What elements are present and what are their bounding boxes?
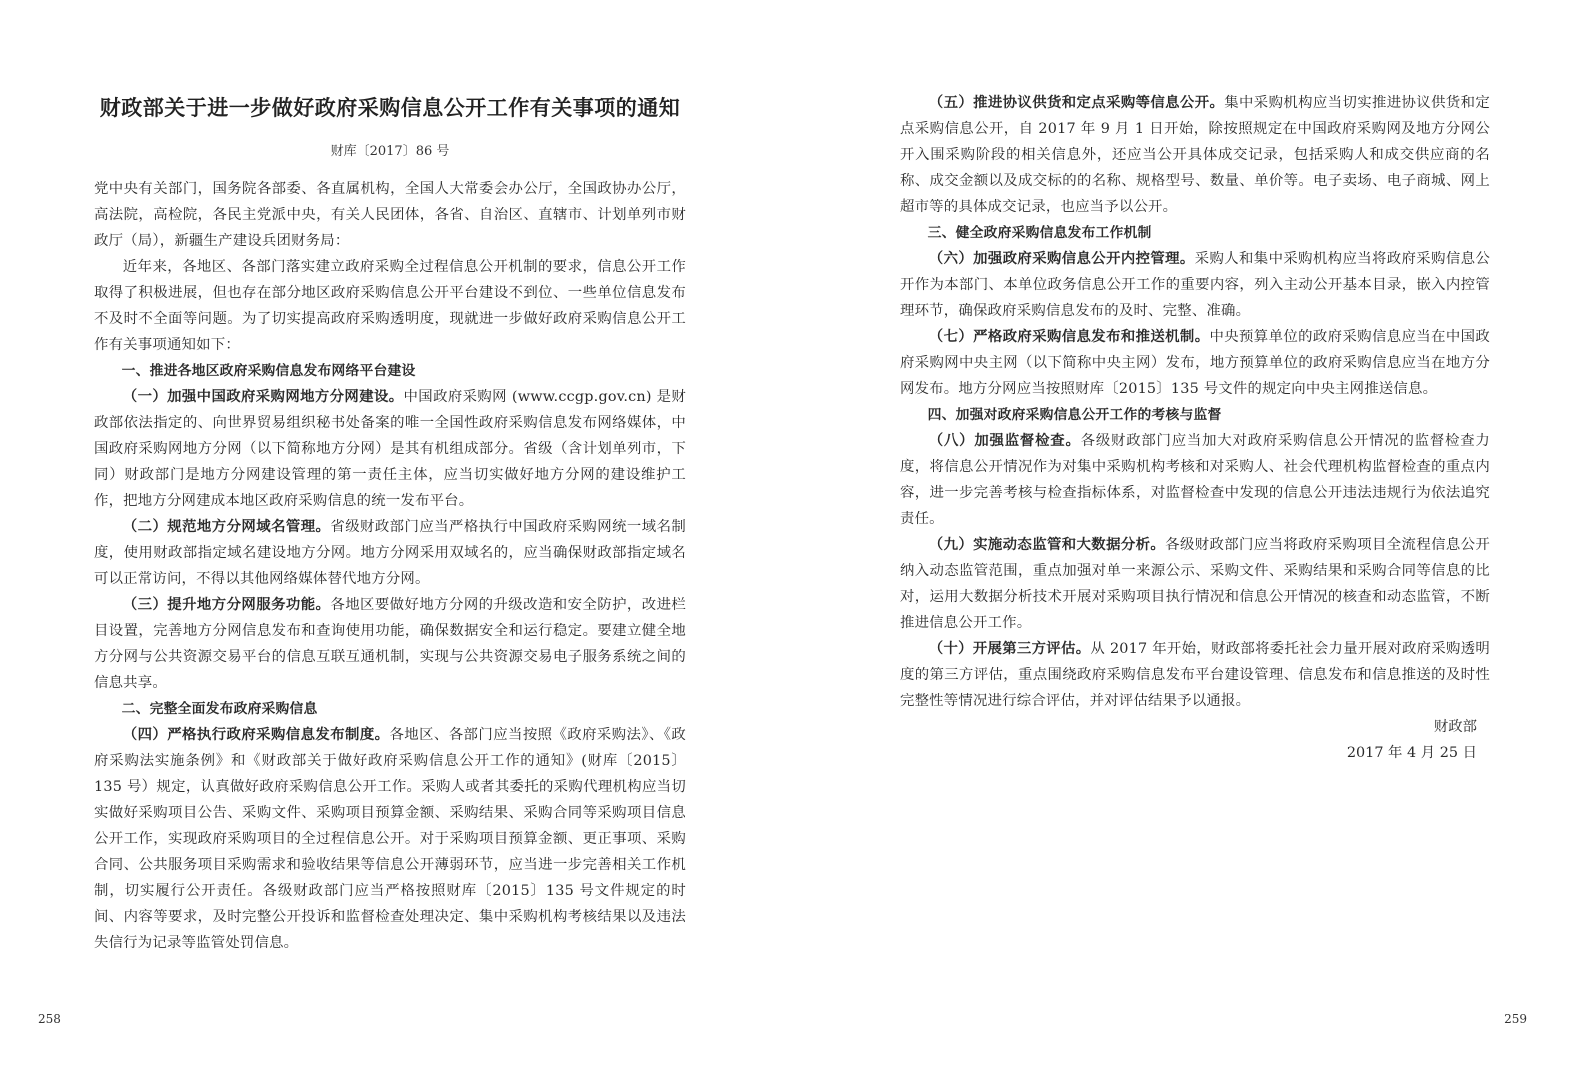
item-text: 中国政府采购网 (www.ccgp.gov.cn) 是财政部依法指定的、向世界贸… [94,389,686,509]
item-lead: （十）开展第三方评估。 [929,640,1091,657]
item-lead: （七）严格政府采购信息发布和推送机制。 [929,328,1210,345]
page-number-right: 259 [1504,1012,1527,1026]
item-lead: （九）实施动态监管和大数据分析。 [929,536,1165,553]
left-page-body: 党中央有关部门，国务院各部委、各直属机构，全国人大常委会办公厅，全国政协办公厅，… [94,176,686,956]
item-text: 各地区、各部门应当按照《政府采购法》、《政府采购法实施条例》和《财政部关于做好政… [94,727,686,951]
item-paragraph-7: （七）严格政府采购信息发布和推送机制。中央预算单位的政府采购信息应当在中国政府采… [900,324,1490,402]
right-page-body: （五）推进协议供货和定点采购等信息公开。集中采购机构应当切实推进协议供货和定点采… [900,90,1490,714]
item-text: 集中采购机构应当切实推进协议供货和定点采购信息公开，自 2017 年 9 月 1… [900,95,1490,215]
item-lead: （二）规范地方分网域名管理。 [123,518,331,535]
item-paragraph-10: （十）开展第三方评估。从 2017 年开始，财政部将委托社会力量开展对政府采购透… [900,636,1490,714]
section-heading-3: 三、健全政府采购信息发布工作机制 [900,220,1490,246]
addressees: 党中央有关部门，国务院各部委、各直属机构，全国人大常委会办公厅，全国政协办公厅，… [94,176,686,254]
item-lead: （四）严格执行政府采购信息发布制度。 [123,726,390,743]
item-lead: （一）加强中国政府采购网地方分网建设。 [123,388,404,405]
item-paragraph-6: （六）加强政府采购信息公开内控管理。采购人和集中采购机构应当将政府采购信息公开作… [900,246,1490,324]
section-heading-1: 一、推进各地区政府采购信息发布网络平台建设 [94,358,686,384]
item-paragraph-8: （八）加强监督检查。各级财政部门应当加大对政府采购信息公开情况的监督检查力度，将… [900,428,1490,532]
item-paragraph-4: （四）严格执行政府采购信息发布制度。各地区、各部门应当按照《政府采购法》、《政府… [94,722,686,956]
right-page: （五）推进协议供货和定点采购等信息公开。集中采购机构应当切实推进协议供货和定点采… [793,0,1587,1077]
left-page: 财政部关于进一步做好政府采购信息公开工作有关事项的通知 财库〔2017〕86 号… [0,0,793,1077]
item-lead: （八）加强监督检查。 [929,432,1081,449]
section-heading-2: 二、完整全面发布政府采购信息 [94,696,686,722]
item-lead: （六）加强政府采购信息公开内控管理。 [929,250,1195,267]
item-lead: （三）提升地方分网服务功能。 [123,596,331,613]
signature-organization: 财政部 [1434,714,1477,740]
section-heading-4: 四、加强对政府采购信息公开工作的考核与监督 [900,402,1490,428]
item-paragraph-1: （一）加强中国政府采购网地方分网建设。中国政府采购网 (www.ccgp.gov… [94,384,686,514]
signature-date: 2017 年 4 月 25 日 [1347,740,1477,766]
item-paragraph-9: （九）实施动态监管和大数据分析。各级财政部门应当将政府采购项目全流程信息公开纳入… [900,532,1490,636]
document-number: 财库〔2017〕86 号 [94,140,686,159]
item-lead: （五）推进协议供货和定点采购等信息公开。 [929,94,1224,111]
item-paragraph-3: （三）提升地方分网服务功能。各地区要做好地方分网的升级改造和安全防护，改进栏目设… [94,592,686,696]
document-title: 财政部关于进一步做好政府采购信息公开工作有关事项的通知 [94,92,686,122]
item-paragraph-5: （五）推进协议供货和定点采购等信息公开。集中采购机构应当切实推进协议供货和定点采… [900,90,1490,220]
item-paragraph-2: （二）规范地方分网域名管理。省级财政部门应当严格执行中国政府采购网统一域名制度，… [94,514,686,592]
page-number-left: 258 [38,1012,61,1026]
intro-paragraph: 近年来，各地区、各部门落实建立政府采购全过程信息公开机制的要求，信息公开工作取得… [94,254,686,358]
